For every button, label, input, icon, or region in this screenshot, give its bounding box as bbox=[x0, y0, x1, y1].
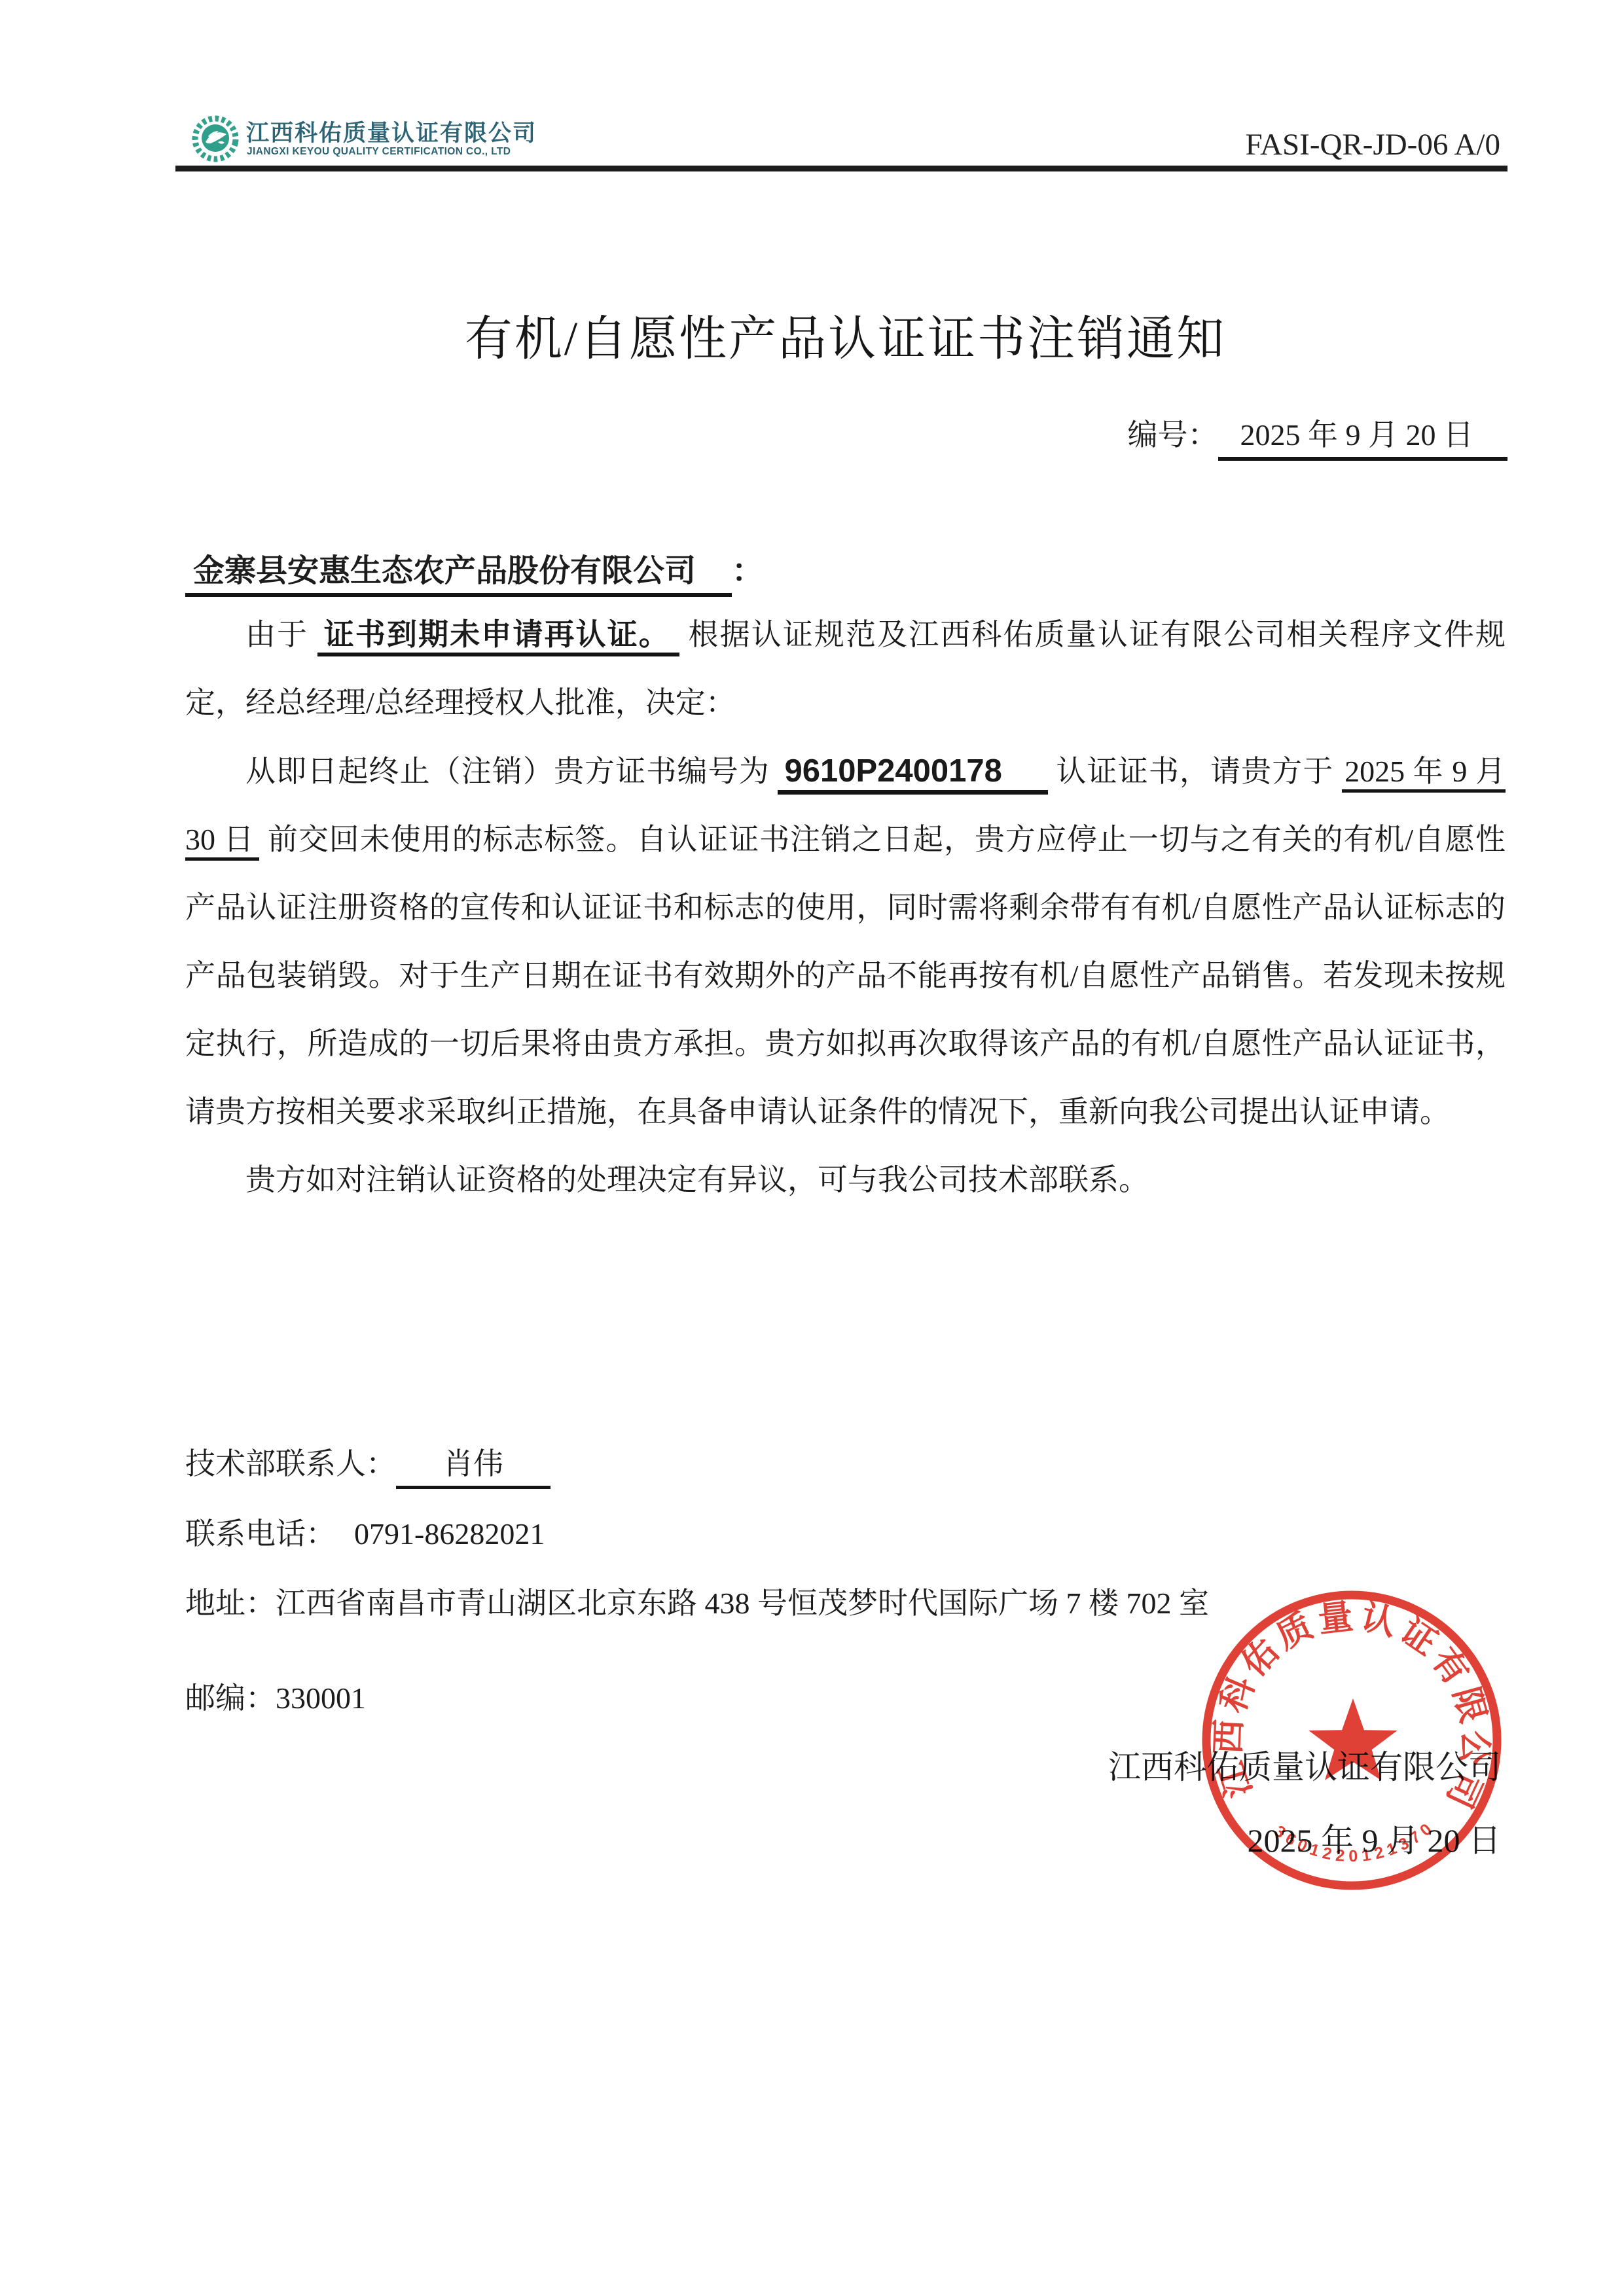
contact-phone-row: 联系电话：0791-86282021 bbox=[185, 1510, 545, 1553]
logo-company-name-en: JIANGXI KEYOU QUALITY CERTIFICATION CO.,… bbox=[247, 146, 511, 158]
contact-person-row: 技术部联系人：肖伟 bbox=[185, 1440, 550, 1489]
contact-address-label: 地址： bbox=[185, 1587, 276, 1620]
number-label: 编号： bbox=[1128, 418, 1218, 452]
body-paragraph-3: 贵方如对注销认证资格的处理决定有异议，可与我公司技术部联系。 bbox=[185, 1146, 1506, 1214]
contact-address-row: 地址：江西省南昌市青山湖区北京东路 438 号恒茂梦时代国际广场 7 楼 702… bbox=[185, 1579, 1209, 1623]
signature-company: 江西科佑质量认证有限公司 bbox=[1108, 1731, 1501, 1804]
contact-phone-label: 联系电话： bbox=[185, 1517, 336, 1551]
notice-body: 由于 证书到期未申请再认证。 根据认证规范及江西科佑质量认证有限公司相关程序文件… bbox=[185, 601, 1506, 1214]
cancellation-reason-underlined: 证书到期未申请再认证。 bbox=[317, 618, 679, 656]
p1-lead: 由于 bbox=[245, 618, 308, 651]
p2-lead: 从即日起终止（注销）贵方证书编号为 bbox=[245, 755, 770, 788]
contact-zip-label: 邮编： bbox=[185, 1681, 276, 1715]
body-paragraph-2: 从即日起终止（注销）贵方证书编号为 9610P2400178 认证证书，请贵方于… bbox=[185, 737, 1506, 1146]
certificate-number-underlined: 9610P2400178 bbox=[778, 753, 1047, 795]
contact-person-name-underlined: 肖伟 bbox=[396, 1440, 550, 1489]
logo-company-name-cn: 江西科佑质量认证有限公司 bbox=[246, 115, 537, 148]
document-number-line: 编号：2025 年 9 月 20 日 bbox=[1128, 411, 1508, 461]
header-divider-rule bbox=[175, 166, 1507, 171]
contact-zip-value: 330001 bbox=[276, 1681, 366, 1715]
contact-person-label: 技术部联系人： bbox=[185, 1447, 396, 1480]
signature-date: 2025 年 9 月 20 日 bbox=[1108, 1804, 1501, 1877]
recipient-company-name: 金寨县安惠生态农产品股份有限公司 bbox=[185, 545, 732, 597]
contact-address-value: 江西省南昌市青山湖区北京东路 438 号恒茂梦时代国际广场 7 楼 702 室 bbox=[276, 1587, 1209, 1620]
certificate-cancellation-notice-page: { "colors": { "logo_teal": "#2f9f8b", "l… bbox=[0, 0, 1624, 2296]
document-title: 有机/自愿性产品认证证书注销通知 bbox=[185, 300, 1506, 368]
recipient-colon: ： bbox=[732, 554, 763, 588]
body-paragraph-1: 由于 证书到期未申请再认证。 根据认证规范及江西科佑质量认证有限公司相关程序文件… bbox=[185, 601, 1506, 737]
recipient-line: 金寨县安惠生态农产品股份有限公司： bbox=[185, 545, 763, 597]
contact-phone-value: 0791-86282021 bbox=[354, 1517, 545, 1551]
p3-text: 贵方如对注销认证资格的处理决定有异议，可与我公司技术部联系。 bbox=[245, 1163, 1149, 1196]
contact-zip-row: 邮编：330001 bbox=[185, 1674, 366, 1717]
signature-block: 江西科佑质量认证有限公司 2025 年 9 月 20 日 bbox=[1108, 1731, 1501, 1877]
company-logo-emblem-icon bbox=[191, 113, 240, 165]
p2-rest: 前交回未使用的标志标签。自认证证书注销之日起，贵方应停止一切与之有关的有机/自愿… bbox=[185, 823, 1506, 1128]
document-code: FASI-QR-JD-06 A/0 bbox=[1245, 127, 1500, 162]
number-value-underlined: 2025 年 9 月 20 日 bbox=[1218, 411, 1508, 461]
p2-mid: 认证证书，请贵方于 bbox=[1056, 755, 1334, 788]
